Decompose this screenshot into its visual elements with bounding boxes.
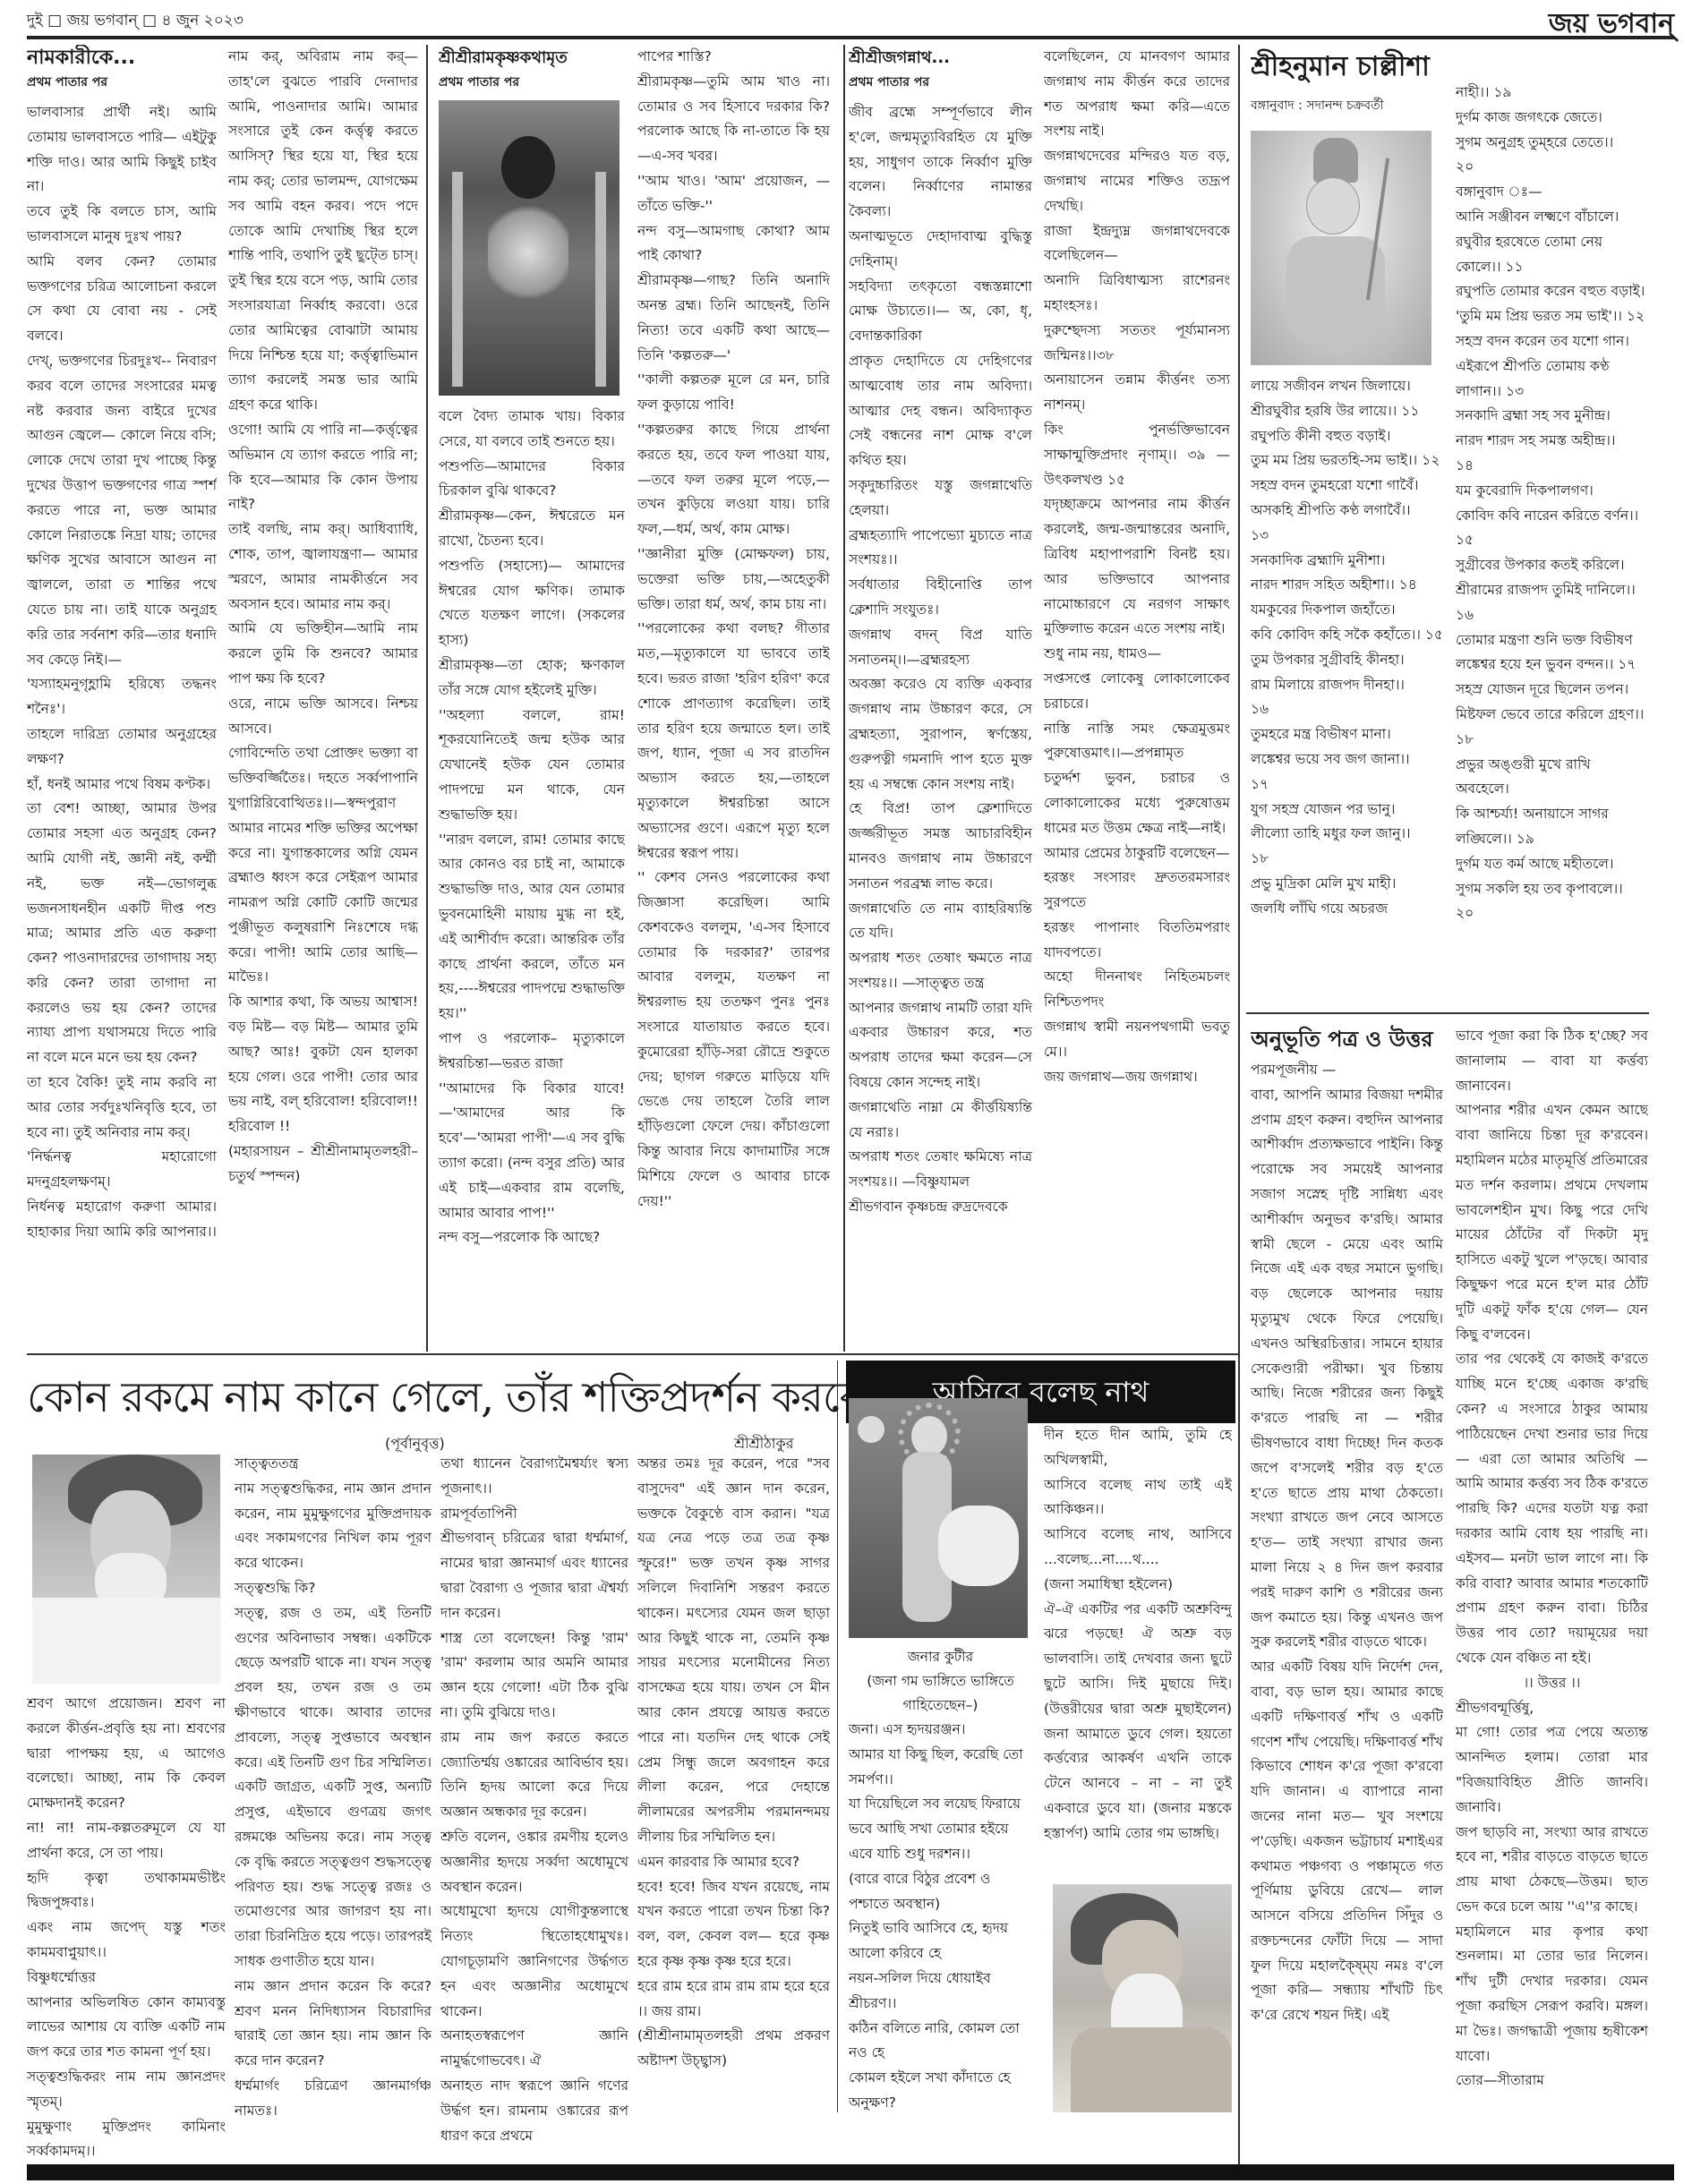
scene-caption: জনার কুটীর (জনা গম ভাঙ্গিতে ভাঙ্গিতে গাহ…: [849, 1645, 1032, 1718]
verse-line: দুর্গম যত কর্ম আছে মহীতলে।: [1456, 852, 1648, 877]
paragraph: সাত্ত্বততন্ত্র: [235, 1452, 432, 1477]
paragraph: এমন কারবার কি আমার হবে?: [637, 1850, 830, 1875]
verse-line: এবে যাচি শুধু দরশন।।: [849, 1842, 1032, 1867]
paragraph: আর একটি বিষয় যদি নির্দেশ দেন, বাবা, বড়…: [1251, 1655, 1443, 2028]
verse-line: কি আশ্চর্য্য! অনায়াসে সাগর লঙ্ঘিলে।। ১৯: [1456, 802, 1648, 852]
verse-line: ভবে আছি সখা তোমার হইয়ে: [849, 1817, 1032, 1842]
headline-col4: অন্তর তমঃ দূর করেন, পরে "সব বাসুদেব" এই …: [637, 1452, 830, 2159]
section-subtitle: প্রথম পাতার পর: [439, 72, 625, 93]
caption-line: গাহিতেছেন–): [849, 1693, 1032, 1718]
verse-line: অসকহি শ্রীপতি কণ্ঠ লগাবৈঁ।।: [1251, 499, 1443, 524]
verse-line: বঙ্গানুবাদ ঃ—: [1456, 180, 1648, 205]
paragraph: হরস্তং পাপানাং বিততিমপরাং যাদবপতে।: [1044, 916, 1230, 966]
folio-line: দুই □ জয় ভগবান্ □ ৪ জুন ২০২৩: [27, 9, 244, 34]
paragraph: নাম সত্ত্বশুদ্ধিকর, নাম জ্ঞান প্রদান করে…: [235, 1477, 432, 1576]
verse-line: কোমল হইলে সখা কাঁদাতে হে অনুক্ষণ?: [849, 2066, 1032, 2116]
paragraph: শ্রীরামকৃষ্ণ—গাছ? তিনি অনাদি অনন্ত ব্রহ্…: [637, 269, 830, 368]
paragraph: জীব ব্রহ্মে সম্পূর্ণভাবে লীন হ'লে, জন্মম…: [849, 100, 1032, 225]
paragraph: 'যস্যাহমনুগৃহ্ণামি হরিষ্যে তদ্ধনং শনৈঃ'।: [27, 672, 217, 722]
paragraph: হবে! হবে! জিব যখন রয়েছে, নাম যখন করতে প…: [637, 1875, 830, 1975]
paragraph: পশুপতি (সহাস্যে)— আমাদের ঈশ্বরের যোগ ক্ষ…: [439, 554, 625, 653]
paragraph: চতুর্দ্দশ ভুবন, চরাচর ও লোকালোকের মধ্যে …: [1044, 766, 1230, 840]
paragraph: হৃদি কৃত্বা তথাকামমভীষ্টং দ্বিজপুঙ্গবাঃ।: [27, 1866, 226, 1916]
paragraph: তাই বলছি, নাম কর্। আধিব্যাধি, শোক, তাপ, …: [228, 517, 418, 617]
brand-title: জয় ভগবান্: [1549, 2, 1674, 47]
paragraph: আপনার অভিলষিত কোন কাম্যবস্তু লাভের আশায়…: [27, 1991, 226, 2065]
paragraph: কিং পুনর্ভক্তিভাবেন সাক্ষান্মুক্তিপ্রদাং…: [1044, 418, 1230, 492]
paragraph: আপনার জগন্নাথ নামটি তারা যদি একবার উচ্চা…: [849, 996, 1032, 1096]
paragraph: না! না! নাম-কল্পতরুমূলে যে যা প্রার্থনা …: [27, 1816, 226, 1866]
paragraph: ''কল্পতরুর কাছে গিয়ে প্রার্থনা করতে হয়…: [637, 418, 830, 542]
paragraph: শুধু নাম নয়, ধামও—: [1044, 642, 1230, 667]
paragraph: নির্ধনত্ব মহারোগ করুণা আমার। হাহাকার দিয…: [27, 1195, 217, 1245]
paragraph: অপরাধ শতং তেষাং ক্ষমতে নাত্র সংশয়ঃ।। —স…: [849, 946, 1032, 996]
verse-line: সনকাদি ব্রহ্মা সহ সব মুনীন্দ্র।: [1456, 404, 1648, 429]
signature: তোর—সীতারাম: [1456, 2069, 1648, 2094]
headline-col3: তথা ধ্যানেন বৈরাগ্যমৈশ্বর্য্যং স্বস্য পূ…: [440, 1452, 628, 2159]
kali-idol-photo: [439, 100, 620, 396]
verse-line: নারদ শারদ সহ সমস্ত অহীন্দ্র।।: [1456, 429, 1648, 454]
paragraph: শ্রীরামকৃষ্ণ—তা হোক; ক্ষণকাল তাঁর সঙ্গে …: [439, 653, 625, 704]
paragraph: হরে রাম হরে রাম রাম রাম হরে হরে ।। জয় র…: [637, 1975, 830, 2025]
paragraph: অনাহত নাদ স্বরূপে জ্ঞানি গণের উর্দ্ধগ হন…: [440, 2074, 628, 2148]
verse-line: মিষ্টফল ভেবে তারে করিলে গ্রহণ।। ১৮: [1456, 703, 1648, 753]
paragraph: জপ ছাড়বি না, সংখ্যা আর রাখতে হবে না, শর…: [1456, 1821, 1648, 1920]
verse-line: শ্রীরঘুবীর হরষি উর লায়ে।। ১১: [1251, 399, 1443, 424]
headline-col2: সাত্ত্বততন্ত্র নাম সত্ত্বশুদ্ধিকর, নাম জ…: [235, 1452, 432, 2159]
paragraph: দেখ্, ভক্তগণের চিরদুঃখ-- নিবারণ করব বলে …: [27, 349, 217, 672]
stage-direction: (জনা সমাধিস্থা হইলেন): [1044, 1573, 1232, 1598]
paragraph: অনাত্মভূতে দেহাদাবাত্ম বুদ্ধিস্তু দেহিনা…: [849, 225, 1032, 275]
paragraph: পাপ ও পরলোক– মৃত্যুকালে ঈশ্বরচিন্তা—ভরত …: [439, 1027, 625, 1077]
paragraph: ঐ–ঐ একটির পর একটি অশ্রুবিন্দু ঝরে পড়ছে!…: [1044, 1598, 1232, 1847]
verse-line: তুম মম প্রিয় ভরতহি-সম ভাই।। ১২: [1251, 448, 1443, 473]
section-subtitle: প্রথম পাতার পর: [849, 72, 1032, 93]
paragraph: শ্রীভগবান কৃষ্ণচন্দ্র রুদ্রদেবকে: [849, 1195, 1032, 1220]
paragraph: বাবা, আপনি আমার বিজয়া দশমীর প্রণাম গ্রহ…: [1251, 1083, 1443, 1655]
verse-line: আনি সঞ্জীবন লক্ষ্মণে বাঁচালে।: [1456, 205, 1648, 230]
paragraph: রাজা ইন্দ্রদ্যুম্ন জগন্নাথদেবকে বলেছিলেন…: [1044, 219, 1230, 269]
verse-line: লায়ে সজীবন লখন জিলায়ে।: [1251, 374, 1443, 399]
section-subtitle: প্রথম পাতার পর: [27, 72, 217, 93]
paragraph: ''অহল্যা বললে, রাম! শূকরযোনিতেই জন্ম হউক…: [439, 704, 625, 828]
verse-line: তুমহরে মন্ত্র বিভীষণ মানা।: [1251, 722, 1443, 747]
paragraph: অবজ্ঞা করেও যে ব্যক্তি একবার জগন্নাথ নাম…: [849, 672, 1032, 797]
paragraph: তথা ধ্যানেন বৈরাগ্যমৈশ্বর্য্যং স্বস্য পূ…: [440, 1452, 628, 1502]
verse-line: জনা। এস হৃদয়রঞ্জন।: [849, 1718, 1032, 1743]
paragraph: প্রাকৃত দেহাদিতে যে দেহিগণের আত্মবোধ তার…: [849, 349, 1032, 473]
divider: [27, 1353, 1238, 1355]
paragraph: অনায়াসেন তন্নাম কীর্ত্তনং তস্য নাশনম্।: [1044, 368, 1230, 418]
verse-line: সুগম সকলি হয় তব কৃপাবলে।।: [1456, 877, 1648, 902]
paragraph: ''কালী কল্পতরু মূলে রে মন, চারি ফল কুড়া…: [637, 368, 830, 418]
byline: বঙ্গানুবাদ : সদানন্দ চক্রবর্তী: [1251, 93, 1443, 118]
verse-line: রাম মিলায়ে রাজপদ দীনহা।।: [1251, 673, 1443, 698]
paragraph: তাহলে দারিদ্র্য তোমার অনুগ্রহের লক্ষণ?: [27, 722, 217, 772]
paragraph: ''পরলোকের কথা বলছ? গীতার মত,—মৃত্যুকালে …: [637, 617, 830, 866]
reply-heading: ।। উত্তর ।।: [1456, 1671, 1648, 1696]
paragraph: শ্রুতি বলেন, ওঙ্কার রমণীয় হলেও অজ্ঞানীর…: [440, 1825, 628, 1899]
paragraph: সপ্তসপ্তে লোকেষু লোকালোকেব চরাচরে।: [1044, 667, 1230, 717]
paragraph: জগন্নাথেতি তে নাম ব্যাহরিষ্যন্তি তে যদি।: [849, 897, 1032, 947]
paragraph: নাস্তি নাস্তি সমং ক্ষেত্রমুত্তমং পুরুষোত…: [1044, 717, 1230, 767]
verse-line: রঘুপতি কীনী বহুত বড়াই।: [1251, 424, 1443, 449]
verse-line: নাহী।। ১৯: [1456, 81, 1648, 106]
paragraph: 'নির্দ্ধনত্ব মহারোগো মদনুগ্রহলক্ষণম্।: [27, 1145, 217, 1195]
hanuman-col2: নাহী।। ১৯ দুর্গম কাজ জগৎকে জেতে। সুগম অন…: [1456, 81, 1648, 1007]
paragraph: নন্দ বসু—পরলোক কি আছে?: [439, 1225, 625, 1250]
verse-line: 'তুমি মম প্রিয় ভরত সম ভাই'।। ১২: [1456, 304, 1648, 329]
krishna-with-cow-photo: [849, 1398, 1028, 1638]
paragraph: জগন্নাথ বদন্ বিপ্র যাতি সনাতনম্।।—ব্রহ্ম…: [849, 623, 1032, 673]
paragraph: হরস্তং সংসারং দ্রুততরমসারং সুরপতে: [1044, 866, 1230, 916]
verse-line: যা দিয়েছিলে সব লয়েছ ফিরায়ে: [849, 1792, 1032, 1817]
paragraph: সর্বধাতার বিহীনোপ্তি তাপ ক্লেশাদি সংযুতঃ…: [849, 573, 1032, 623]
paragraph: অপরাধ শতং তেষাং ক্ষমিষ্যে নাত্র সংশয়ঃ।।…: [849, 1145, 1032, 1195]
verse-line: (বারে বারে বিঠুর প্রবেশ ও পশ্চাতে অবস্থা…: [849, 1867, 1032, 1917]
verse-line: সনকাদিক ব্রহ্মাদি মুনীশা।: [1251, 549, 1443, 574]
paragraph: মা গো! তোর পত্র পেয়ে অত্যন্ত আনন্দিত হল…: [1456, 1720, 1648, 1820]
verse-line: তুম উপকার সুগ্রীবহি কীনহা।: [1251, 648, 1443, 673]
paragraph: তা বেশ! আচ্ছা, আমার উপর তোমার সহসা এত অন…: [27, 797, 217, 1071]
masthead: দুই □ জয় ভগবান্ □ ৪ জুন ২০২৩ জয় ভগবান্: [27, 0, 1674, 34]
paragraph: ''নারদ বললে, রাম! তোমার কাছে আর কোনও বর …: [439, 828, 625, 1027]
verse-line: লঙ্কেশ্বর হয়ে হন ভুবন বন্দন।। ১৭: [1456, 653, 1648, 678]
verse-line: এইরূপে শ্রীপতি তোমায় কণ্ঠ লাগান।। ১৩: [1456, 354, 1648, 405]
verse-line: ১৩: [1251, 524, 1443, 549]
paragraph: ''জ্ঞানীরা মুক্তি (মোক্ষফল) চায়, ভক্তের…: [637, 542, 830, 617]
verse-line: ১৪: [1456, 454, 1648, 479]
paragraph: শ্রীভগবান্ চরিত্রের দ্বারা ধর্ম্মমার্গ, …: [440, 1526, 628, 1625]
paragraph: শ্রীরামকৃষ্ণ—তুমি আম খাও না। তোমার ও সব …: [637, 70, 830, 169]
paragraph: শ্রবণ আগে প্রয়োজন। শ্রবণ না করলে কীর্ত্…: [27, 1692, 226, 1816]
article-headline: কোন রকমে নাম কানে গেলে, তাঁর শক্তিপ্রদর্…: [27, 1371, 833, 1425]
top-rule: [27, 36, 1674, 39]
verse-line: সুগ্রীবের উপকার কতই করিলে।: [1456, 553, 1648, 578]
paragraph: সত্ত্বশুদ্ধি কি?: [235, 1576, 432, 1601]
jagannath-col2: বলেছিলেন, যে মানবগণ আমার জগন্নাথ নাম কীর…: [1044, 45, 1230, 1352]
paragraph: অন্তর তমঃ দূর করেন, পরে "সব বাসুদেব" এই …: [637, 1452, 830, 1850]
verse-line: সহস্র বদন করেন তব যশো গান।: [1456, 329, 1648, 354]
namkarike-col2: নাম কর্, অবিরাম নাম কর্—তাহ'লে বুঝতে পার…: [228, 45, 418, 1352]
paragraph: মুমুক্ষুণাং মুক্তিপ্রদং কামিনাং সর্ব্বকা…: [27, 2115, 226, 2157]
caption-line: জনার কুটীর: [849, 1645, 1032, 1669]
verse-line: নয়ন-সলিল দিয়ে ধোয়াইব শ্রীচরণ।।: [849, 1966, 1032, 2017]
verse-line: প্রভুর অঙ্গুরী মুখে রাখি অবহেলে।: [1456, 753, 1648, 803]
verse-line: জলধি লাঁঘি গয়ে অচরজ: [1251, 897, 1443, 922]
paragraph: আপনার শরীর এখন কেমন আছে বাবা জানিয়ে চিন…: [1456, 1098, 1648, 1347]
paragraph: ভালবাসার প্রার্থী নই। আমি তোমায় ভালবাসত…: [27, 100, 217, 200]
paragraph: রাম নাম জপ করতে করতে জ্যোতির্ম্ময় ওঙ্কা…: [440, 1726, 628, 1825]
verse-line: ২০: [1456, 901, 1648, 926]
paragraph: একং নাম জপেদ্ যস্তু শতং কামমবাপ্নুয়াৎ।।: [27, 1915, 226, 1966]
divider: [843, 45, 845, 1352]
hanuman-col1: শ্রীহনুমান চাল্লীশা বঙ্গানুবাদ : সদানন্দ…: [1251, 45, 1443, 1007]
verse-line: প্রভু মুদ্রিকা মেলি মুখ মাহী।: [1251, 872, 1443, 897]
paragraph: ওগো! আমি যে পারি না—কর্ত্তৃত্বের অভিমান …: [228, 418, 418, 517]
asibe-col1: জনার কুটীর (জনা গম ভাঙ্গিতে ভাঙ্গিতে গাহ…: [849, 1645, 1032, 2164]
verse-line: রঘুপতি তোমার করেন বহুত বড়াই।: [1456, 279, 1648, 304]
verse-line: ২০: [1456, 155, 1648, 180]
paragraph: আমার প্রেমের ঠাকুরটি বলেছেন—: [1044, 841, 1230, 866]
paragraph: আমি যে ভক্তিহীন—আমি নাম করলে তুমি কি শুন…: [228, 617, 418, 691]
paragraph: ওরে, নামে ভক্তি আসবে। নিশ্চয় আসবে।: [228, 692, 418, 742]
paragraph: সত্ত্ব, রজ ও তম, এই তিনটি গুণের অবিনাভাব…: [235, 1601, 432, 1975]
verse-line: নারদ শারদ সহিত অহীশা।। ১৪: [1251, 573, 1443, 598]
section-title: শ্রীহনুমান চাল্লীশা: [1251, 45, 1443, 90]
paragraph: ''আম খাও। 'আম' প্রয়োজন, —তাঁতে ভক্তি-'': [637, 169, 830, 219]
paragraph: গোবিন্দেতি তথা প্রোক্তং ভক্ত্যা বা ভক্তি…: [228, 741, 418, 990]
paragraph: বলে বৈদ্য তামাক খায়। বিকার সেরে, যা বলব…: [439, 405, 625, 455]
paragraph: রামপূর্বতাপিনী: [440, 1502, 628, 1527]
verse-line: যমকুবের দিকপাল জহাঁতে।: [1251, 598, 1443, 623]
divider: [837, 1361, 838, 2112]
paragraph: কি আশার কথা, কি অভয় আশ্বাস! বড় মিষ্ট— …: [228, 990, 418, 1139]
elderly-sage-photo: [1053, 1884, 1232, 2112]
paragraph: পরমপূজনীয় —: [1251, 1058, 1443, 1083]
verse-line: লঙ্কেশ্বর ভয়ে সব জগ জানা।।: [1251, 747, 1443, 772]
paragraph: (মহারসায়ন – শ্রীশ্রীনামামৃতলহরী–চতুর্থ …: [228, 1139, 418, 1190]
divider: [1238, 45, 1240, 2166]
sage-portrait-photo: [32, 1455, 220, 1684]
verse-line: ১৮: [1251, 847, 1443, 872]
kathamrita-col2: পাপের শাস্তি? শ্রীরামকৃষ্ণ—তুমি আম খাও ন…: [637, 45, 830, 1352]
verse-line: লীল্যো তাহি মধুর ফল জানু।।: [1251, 822, 1443, 847]
paragraph: হে বিপ্র! তাপ ক্লেশাদিতে জর্জ্জরীভূত সমস…: [849, 797, 1032, 896]
verse-line: দুর্গম কাজ জগৎকে জেতে।: [1456, 106, 1648, 131]
anubhuti-col1: অনুভূতি পত্র ও উত্তর পরমপূজনীয় — বাবা, …: [1251, 1020, 1443, 2157]
verse-line: সহস্র বদন তুমহরো যশো গাবৈঁ।: [1251, 473, 1443, 499]
paragraph: তবে তুই কি বলতে চাস, আমি ভালবাসলে মানুষ …: [27, 200, 217, 250]
verse-line: আসিবে বলেছ নাথ তাই এই আকিঞ্চন।।: [1044, 1473, 1232, 1523]
paragraph: ধর্ম্মমার্গং চরিত্রেণ জ্ঞানমার্গঞ্চ নামত…: [235, 2074, 432, 2124]
verse-line: তোমার মন্ত্রণা শুনি ভক্ত বিভীষণ: [1456, 628, 1648, 653]
paragraph: দুরুশ্ছেদস্য সততং পূর্য্যমানস্য জন্মিনঃ।…: [1044, 319, 1230, 369]
verse-line: সুগম অনুগ্রহ তুম্হরে তেতে।।: [1456, 131, 1648, 156]
paragraph: হাঁ, ধনই আমার পথে বিষম কণ্টক।: [27, 772, 217, 798]
jagannath-col1: শ্রীশ্রীজগন্নাথ... প্রথম পাতার পর জীব ব্…: [849, 45, 1032, 1352]
paragraph: (শ্রীশ্রীনামামৃতলহরী প্রথম প্রকরণ অষ্টাদ…: [637, 2024, 830, 2074]
footer-rule: [27, 2164, 1674, 2180]
verse-line: যুগ সহস্র যোজন পর ভানু।: [1251, 798, 1443, 823]
section-title: শ্রীশ্রীরামকৃষ্ণকথামৃত: [439, 45, 625, 72]
paragraph: সত্ত্বশুদ্ধিকরং নাম নাম জ্ঞানপ্রদং স্মৃত…: [27, 2065, 226, 2115]
verse-line: দীন হতে দীন আমি, তুমি হে অখিলস্বামী,: [1044, 1423, 1232, 1473]
headline-col1: শ্রবণ আগে প্রয়োজন। শ্রবণ না করলে কীর্ত্…: [27, 1692, 226, 2157]
verse-line: আসিবে বলেছ নাথ, আসিবে ...বলেছ...না....থ.…: [1044, 1523, 1232, 1573]
paragraph: নাম জ্ঞান প্রদান করেন কি করে? শ্রবণ মনন …: [235, 1975, 432, 2074]
paragraph: ব্রহ্মহত্যাদি পাপেভ্যো মুচ্যতে নাত্র সংশ…: [849, 524, 1032, 574]
divider: [1246, 1012, 1649, 1014]
divider: [426, 45, 428, 1352]
paragraph: অহো দীননাথং নিহিতমচলং নিশ্চিতপদং: [1044, 965, 1230, 1015]
salutation: শ্রীভগবন্মূর্ত্তিষু,: [1456, 1696, 1648, 1721]
paragraph: জগন্নাথদেবের মন্দিরও যত বড়, জগন্নাথ নাম…: [1044, 144, 1230, 218]
caption-line: (জনা গম ভাঙ্গিতে ভাঙ্গিতে: [849, 1669, 1032, 1693]
paragraph: বলেছিলেন, যে মানবগণ আমার জগন্নাথ নাম কীর…: [1044, 45, 1230, 144]
paragraph: অধোমুখো হৃদয়ে যোগীকুন্তলাস্থে নিত্যং স্…: [440, 1899, 628, 2024]
section-title: নামকারীকে...: [27, 45, 217, 72]
paragraph: যদৃচ্ছাক্রমে আপনার নাম কীর্ত্তন করলেই, জ…: [1044, 492, 1230, 642]
verse-line: শ্রীরামের রাজপদ তুমিই দানিলে।। ১৬: [1456, 578, 1648, 628]
paragraph: '' কেশব সেনও পরলোকের কথা জিজ্ঞাসা করেছিল…: [637, 866, 830, 1214]
namkarike-col1: নামকারীকে... প্রথম পাতার পর ভালবাসার প্র…: [27, 45, 217, 1352]
paragraph: অনাদি ত্রিবিধাত্মস্য রাশেরনং মহাংহসঃ।: [1044, 269, 1230, 319]
verse-line: নিতুই ভাবি আসিবে হে, হৃদয় আলো করিবে হে: [849, 1916, 1032, 1966]
paragraph: আমি বলব কেন? তোমার ভক্তগণের চরিত্র আলোচন…: [27, 250, 217, 349]
paragraph: পশুপতি—আমাদের বিকার চিরকাল বুঝি থাকবে?: [439, 455, 625, 505]
verse-line: ১৭: [1251, 772, 1443, 798]
verse-line: সহস্র যোজন দূরে ছিলেন তপন।: [1456, 678, 1648, 703]
paragraph: সহবিদ্যা তৎকৃতো বন্ধস্তন্নাশো মোক্ষ উচ্য…: [849, 275, 1032, 349]
section-title: শ্রীশ্রীজগন্নাথ...: [849, 45, 1032, 72]
paragraph: জগন্নাথেতি নাম্না মে কীর্ত্তয়িষ্যন্তি য…: [849, 1096, 1032, 1146]
verse-line: কঠিন বলিতে নারি, কোমল তো নও হে: [849, 2017, 1032, 2067]
paragraph: ভাবে পূজা করা কি ঠিক হ'চ্ছে? সব জানালাম …: [1456, 1024, 1648, 1098]
kathamrita-col1: শ্রীশ্রীরামকৃষ্ণকথামৃত প্রথম পাতার পর বল…: [439, 45, 625, 1352]
paragraph: পাপের শাস্তি?: [637, 45, 830, 70]
hanuman-photo: [1251, 131, 1431, 365]
paragraph: অনাহতস্বরূপেণ জ্ঞানি নামুর্দ্ধগোভবেৎ। ঐ: [440, 2024, 628, 2074]
verse-line: যম কুবেরাদি দিকপালগণ।: [1456, 479, 1648, 504]
paragraph: জয় জগন্নাথ—জয় জগন্নাথ।: [1044, 1065, 1230, 1090]
paragraph: মহামিলনে মার কৃপার কথা শুনলাম। মা তোর ভা…: [1456, 1920, 1648, 2069]
paragraph: শাস্ত্র তো বলেছেন! কিন্তু 'রাম' 'রাম' কর…: [440, 1626, 628, 1726]
verse-line: কবি কোবিদ কহি সকৈ কহাঁতে।। ১৫: [1251, 623, 1443, 648]
section-title: অনুভূতি পত্র ও উত্তর: [1251, 1020, 1443, 1058]
asibe-col2: দীন হতে দীন আমি, তুমি হে অখিলস্বামী, আসি…: [1044, 1423, 1232, 1898]
verse-line: ১৬: [1251, 697, 1443, 722]
verse-line: কোবিদ কবি নারেন করিতে বর্ণন।। ১৫: [1456, 504, 1648, 554]
paragraph: নাম কর্, অবিরাম নাম কর্—তাহ'লে বুঝতে পার…: [228, 45, 418, 418]
paragraph: সকৃদুচ্চারিতং যস্তু জগন্নাথেতি হেলয়া।: [849, 473, 1032, 524]
anubhuti-col2: ভাবে পূজা করা কি ঠিক হ'চ্ছে? সব জানালাম …: [1456, 1024, 1648, 2157]
paragraph: তা হবে বৈকি! তুই নাম করবি না আর তোর সর্ব…: [27, 1071, 217, 1145]
paragraph: শ্রীরামকৃষ্ণ—কেন, ঈশ্বরেতে মন রাখো, চৈতন…: [439, 504, 625, 554]
paragraph: নন্দ বসু—আমগাছ কোথা? আম পাই কোথা?: [637, 219, 830, 269]
paragraph: বিষ্ণুধর্ম্মোত্তর: [27, 1966, 226, 1991]
paragraph: ''আমাদের কি বিকার যাবে!—'আমাদের আর কি হব…: [439, 1077, 625, 1226]
verse-line: রঘুবীর হরষেতে তোমা নেয় কোলে।। ১১: [1456, 230, 1648, 280]
paragraph: জগন্নাথ স্বামী নয়নপথগামী ভবতু মে।।: [1044, 1015, 1230, 1065]
verse-line: আমার যা কিছু ছিল, করেছি তো সমর্পণ।।: [849, 1743, 1032, 1793]
paragraph: তার পর থেকেই যে কাজই ক'রতে যাচ্ছি মনে হ'…: [1456, 1347, 1648, 1670]
